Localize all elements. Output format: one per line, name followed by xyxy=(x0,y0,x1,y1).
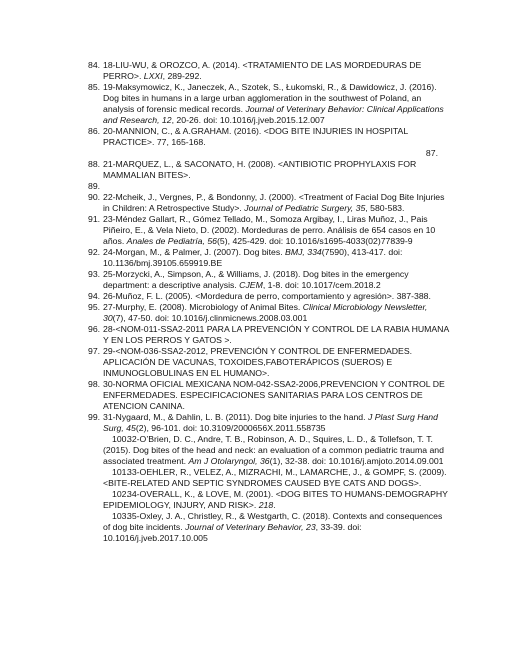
reference-number: 100. xyxy=(88,434,129,445)
reference-entry: 85.19-Maksymowicz, K., Janeczek, A., Szo… xyxy=(88,82,449,126)
reference-number: 99. xyxy=(88,412,100,423)
reference-text-segment: 21-MARQUEZ, L., & SACONATO, H. (2008). <… xyxy=(103,159,416,180)
reference-number: 102. xyxy=(88,489,129,500)
reference-text-segment: (5), 425-429. doi: 10.1016/s1695-4033(02… xyxy=(217,236,413,246)
reference-text-segment: 30-NORMA OFICIAL MEXICANA NOM-042-SSA2-2… xyxy=(103,379,445,411)
reference-entry: 97.29-<NOM-036-SSA2-2012, PREVENCIÓN Y C… xyxy=(88,346,449,379)
reference-entry: 93.25-Morzycki, A., Simpson, A., & Willi… xyxy=(88,269,449,291)
reference-entry: 84.18-LIU-WU, & OROZCO, A. (2014). <TRAT… xyxy=(88,60,449,82)
reference-entry: 94.26-Muñoz, F. L. (2005). <Mordedura de… xyxy=(88,291,449,302)
reference-text-segment: (2), 96-101. doi: 10.3109/2000656X.2011.… xyxy=(136,423,326,433)
reference-text-segment: 218 xyxy=(259,500,274,510)
reference-number: 89. xyxy=(88,181,100,192)
reference-entry: 100.32-O’Brien, D. C., Andre, T. B., Rob… xyxy=(88,434,449,467)
reference-entry: 98.30-NORMA OFICIAL MEXICANA NOM-042-SSA… xyxy=(88,379,449,412)
reference-text-segment: , 289-292. xyxy=(163,71,202,81)
reference-number: 101. xyxy=(88,467,129,478)
reference-text-segment: LXXI xyxy=(144,71,163,81)
reference-text-segment: 27-Murphy, E. (2008). Microbiology of An… xyxy=(103,302,303,312)
reference-text-segment: Anales de Pediatría, 56 xyxy=(127,236,217,246)
reference-entry: 99.31-Nygaard, M., & Dahlin, L. B. (2011… xyxy=(88,412,449,434)
reference-entry: 88.21-MARQUEZ, L., & SACONATO, H. (2008)… xyxy=(88,159,449,181)
references-list: 84.18-LIU-WU, & OROZCO, A. (2014). <TRAT… xyxy=(88,60,449,544)
reference-text-segment: 29-<NOM-036-SSA2-2012, PREVENCIÓN Y CONT… xyxy=(103,346,412,378)
reference-text-segment: BMJ, 334 xyxy=(285,247,322,257)
reference-number: 93. xyxy=(88,269,100,280)
document-page: 84.18-LIU-WU, & OROZCO, A. (2014). <TRAT… xyxy=(0,0,512,663)
reference-text-segment: (7), 47-50. doi: 10.1016/j.clinmicnews.2… xyxy=(113,313,308,323)
reference-number: 103. xyxy=(88,511,129,522)
reference-text-segment: Journal of Veterinary Behavior, 23 xyxy=(185,522,316,532)
reference-number: 96. xyxy=(88,324,100,335)
reference-text-segment: , 580-583. xyxy=(365,203,404,213)
reference-number: 87. xyxy=(426,148,438,158)
reference-text-segment: 31-Nygaard, M., & Dahlin, L. B. (2011). … xyxy=(103,412,368,422)
reference-text-segment: , 20-26. doi: 10.1016/j.jveb.2015.12.007 xyxy=(172,115,325,125)
reference-entry: 91.23-Méndez Gallart, R., Gómez Tellado,… xyxy=(88,214,449,247)
reference-text-segment: Am J Otolaryngol, 36 xyxy=(188,456,269,466)
reference-number: 85. xyxy=(88,82,100,93)
reference-text-segment: 28-<NOM-011-SSA2-2011 PARA LA PREVENCIÓN… xyxy=(103,324,449,345)
reference-entry: 96.28-<NOM-011-SSA2-2011 PARA LA PREVENC… xyxy=(88,324,449,346)
reference-text-segment: , 1-8. doi: 10.1017/cem.2018.2 xyxy=(263,280,381,290)
reference-entry: 92.24-Morgan, M., & Palmer, J. (2007). D… xyxy=(88,247,449,269)
reference-entry: 89. xyxy=(88,181,449,192)
reference-text-segment: 24-Morgan, M., & Palmer, J. (2007). Dog … xyxy=(103,247,285,257)
reference-number: 86. xyxy=(88,126,100,137)
reference-text-segment: 33-OEHLER, R., VELEZ, A., MIZRACHI, M., … xyxy=(103,467,447,488)
reference-entry: 102.34-OVERALL, K., & LOVE, M. (2001). <… xyxy=(88,489,449,511)
reference-entry: 87. xyxy=(88,148,449,159)
reference-number: 94. xyxy=(88,291,100,302)
reference-entry: 90.22-Mcheik, J., Vergnes, P., & Bondonn… xyxy=(88,192,449,214)
reference-number: 84. xyxy=(88,60,100,71)
reference-text-segment: CJEM xyxy=(239,280,263,290)
reference-text-segment: . xyxy=(273,500,275,510)
reference-number: 92. xyxy=(88,247,100,258)
reference-entry: 101.33-OEHLER, R., VELEZ, A., MIZRACHI, … xyxy=(88,467,449,489)
reference-text-segment: 26-Muñoz, F. L. (2005). <Mordedura de pe… xyxy=(103,291,431,301)
reference-number: 97. xyxy=(88,346,100,357)
reference-entry: 95.27-Murphy, E. (2008). Microbiology of… xyxy=(88,302,449,324)
reference-text-segment: 20-MANNION, C., & A.GRAHAM. (2016). <DOG… xyxy=(103,126,408,147)
reference-entry: 103.35-Oxley, J. A., Christley, R., & We… xyxy=(88,511,449,544)
reference-number: 95. xyxy=(88,302,100,313)
reference-number: 91. xyxy=(88,214,100,225)
reference-text-segment: (1), 32-38. doi: 10.1016/j.amjoto.2014.0… xyxy=(270,456,444,466)
reference-number: 90. xyxy=(88,192,100,203)
reference-number: 98. xyxy=(88,379,100,390)
reference-entry: 86.20-MANNION, C., & A.GRAHAM. (2016). <… xyxy=(88,126,449,148)
reference-number: 88. xyxy=(88,159,100,170)
reference-text-segment: Journal of Pediatric Surgery, 35 xyxy=(244,203,365,213)
